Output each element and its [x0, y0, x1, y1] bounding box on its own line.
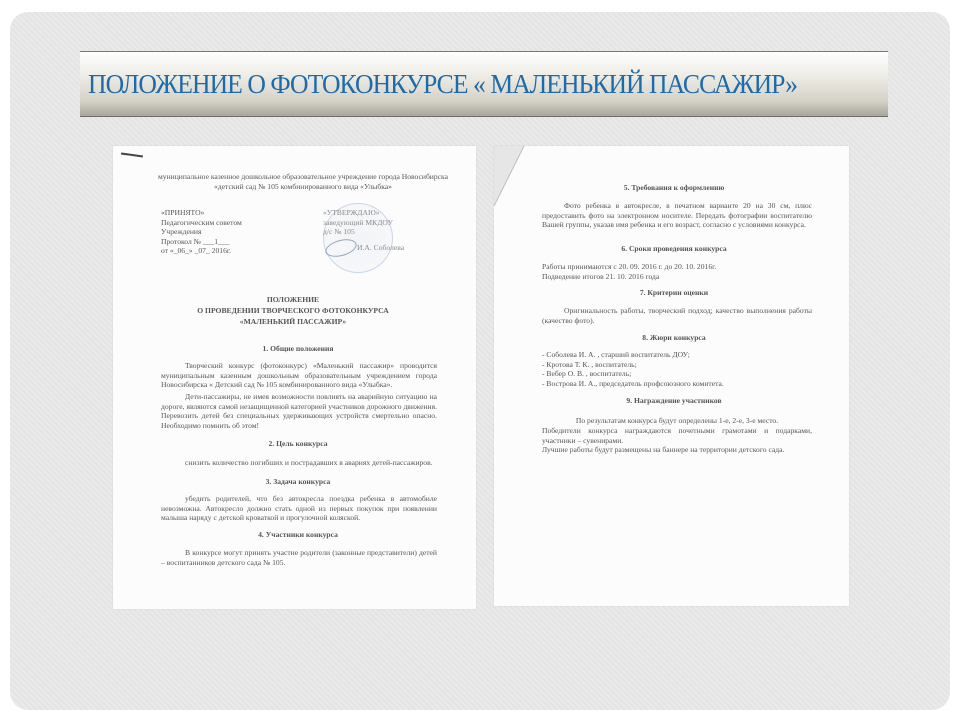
document-title: ПОЛОЖЕНИЕ О ПРОВЕДЕНИИ ТВОРЧЕСКОГО ФОТОК… [143, 294, 443, 327]
institution-line: муниципальное казенное дошкольное образо… [143, 172, 463, 182]
slide-title: ПОЛОЖЕНИЕ О ФОТОКОНКУРСЕ « МАЛЕНЬКИЙ ПАС… [88, 69, 797, 100]
section-paragraph: Творческий конкурс (фотоконкурс) «Малень… [161, 361, 437, 390]
page-fold-mark [494, 146, 528, 216]
section-paragraph: Дети-пассажиры, не имея возможности повл… [161, 392, 437, 430]
accepted-line: Учреждения [161, 227, 291, 237]
jury-list: - Соболева И. А. , старший воспитатель Д… [542, 350, 822, 388]
accepted-line: Протокол № ___1___ [161, 237, 291, 247]
jury-member: - Вебер О. В. , воспитатель; [542, 369, 822, 379]
section-lines: Победители конкурса награждаются почетны… [542, 426, 812, 455]
section-paragraph: убедить родителей, что без автокресла по… [161, 494, 437, 523]
section-heading: 1. Общие положения [153, 344, 443, 354]
section-heading: 5. Требования к оформлению [524, 183, 824, 193]
approved-line: д/с № 105 [323, 227, 443, 237]
section-heading: 6. Сроки проведения конкурса [524, 244, 824, 254]
section-paragraph: По результатам конкурса будут определены… [542, 416, 812, 426]
section-lines: Работы принимаются с 20. 09. 2016 г. до … [542, 262, 812, 281]
jury-member: - Вострова И. А., председатель профсоюзн… [542, 379, 822, 389]
section-line: Победители конкурса награждаются почетны… [542, 426, 812, 445]
section-line: Работы принимаются с 20. 09. 2016 г. до … [542, 262, 812, 272]
institution-line: «детский сад № 105 комбинированного вида… [143, 182, 463, 192]
approved-heading: «УТВЕРЖДАЮ» [323, 208, 443, 218]
section-line: Лучшие работы будут размещены на баннере… [542, 445, 812, 455]
accepted-block: «ПРИНЯТО» Педагогическим советом Учрежде… [161, 208, 291, 256]
document-page-1: муниципальное казенное дошкольное образо… [113, 146, 476, 609]
approved-line: заведующий МКДОУ [323, 218, 443, 228]
accepted-heading: «ПРИНЯТО» [161, 208, 291, 218]
jury-member: - Соболева И. А. , старший воспитатель Д… [542, 350, 822, 360]
document-title-line: О ПРОВЕДЕНИИ ТВОРЧЕСКОГО ФОТОКОНКУРСА [143, 305, 443, 316]
section-heading: 7. Критерии оценки [524, 288, 824, 298]
section-line: Подведение итогов 21. 10. 2016 года [542, 272, 812, 282]
section-heading: 4. Участники конкурса [153, 530, 443, 540]
section-heading: 9. Награждение участников [524, 396, 824, 406]
title-bar: ПОЛОЖЕНИЕ О ФОТОКОНКУРСЕ « МАЛЕНЬКИЙ ПАС… [80, 51, 888, 117]
document-title-line: «МАЛЕНЬКИЙ ПАССАЖИР» [143, 316, 443, 327]
section-heading: 2. Цель конкурса [153, 439, 443, 449]
section-paragraph: снизить количество погибших и пострадавш… [161, 458, 437, 468]
accepted-line: от «_06_» _07_ 2016г. [161, 246, 291, 256]
document-page-2: 5. Требования к оформлению Фото ребенка … [494, 146, 849, 606]
jury-member: - Кротова Т. К. , воспитатель; [542, 360, 822, 370]
section-paragraph: Оригинальность работы, творческий подход… [542, 306, 812, 325]
section-paragraph: Фото ребенка в автокресле, в печатном ва… [542, 201, 812, 230]
section-heading: 3. Задача конкурса [153, 477, 443, 487]
pen-mark [121, 152, 143, 157]
institution-header: муниципальное казенное дошкольное образо… [143, 172, 463, 191]
section-heading: 8. Жюри конкурса [524, 333, 824, 343]
approved-block: «УТВЕРЖДАЮ» заведующий МКДОУ д/с № 105 И… [323, 208, 443, 252]
section-paragraph: В конкурсе могут принять участие родител… [161, 548, 437, 567]
accepted-line: Педагогическим советом [161, 218, 291, 228]
document-title-line: ПОЛОЖЕНИЕ [143, 294, 443, 305]
approved-line: И.А. Соболева [357, 243, 443, 253]
